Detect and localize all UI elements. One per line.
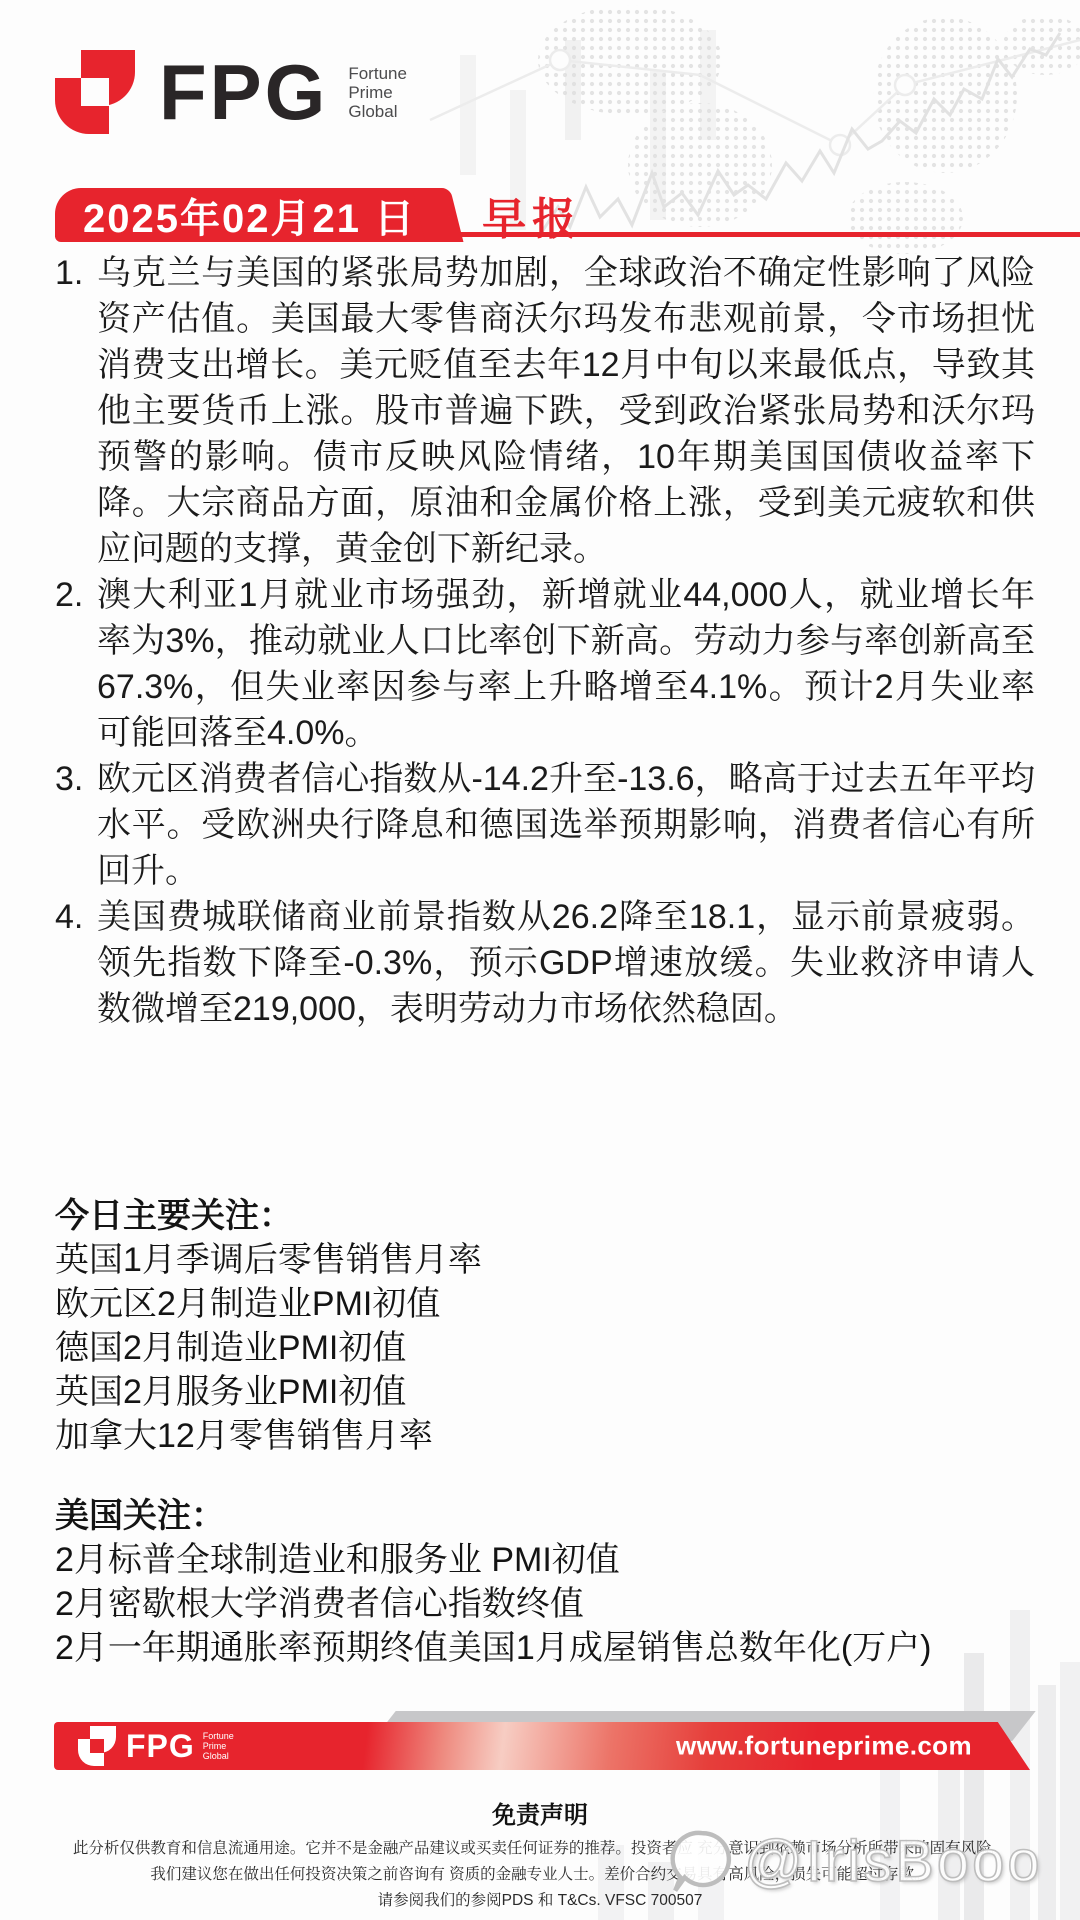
fpg-logo-tagline: Fortune Prime Global	[348, 64, 407, 121]
watermark-handle: @IrisBooo	[744, 1828, 1043, 1895]
tagline-line: Global	[203, 1751, 234, 1761]
us-focus-section: 美国关注： 2月标普全球制造业和服务业 PMI初值 2月密歇根大学消费者信心指数…	[55, 1494, 1035, 1670]
focus-item: 2月一年期通胀率预期终值美国1月成屋销售总数年化(万户)	[55, 1626, 1035, 1670]
fpg-logo-text: FPG	[159, 53, 328, 131]
focus-item: 英国2月服务业PMI初值	[55, 1370, 1035, 1414]
speech-bubble-icon	[666, 1824, 740, 1898]
website-url-link[interactable]: www.fortuneprime.com	[676, 1731, 972, 1762]
edition-label: 早报	[482, 183, 582, 247]
focus-item: 德国2月制造业PMI初值	[55, 1326, 1035, 1370]
focus-item: 英国1月季调后零售销售月率	[55, 1238, 1035, 1282]
focus-item: 2月标普全球制造业和服务业 PMI初值	[55, 1538, 1035, 1582]
focus-item: 加拿大12月零售销售月率	[55, 1414, 1035, 1458]
news-item: 1. 乌克兰与美国的紧张局势加剧，全球政治不确定性影响了风险资产估值。美国最大零…	[55, 250, 1035, 572]
focus-item: 欧元区2月制造业PMI初值	[55, 1282, 1035, 1326]
fpg-logo-mark-icon	[55, 50, 135, 134]
item-text: 乌克兰与美国的紧张局势加剧，全球政治不确定性影响了风险资产估值。美国最大零售商沃…	[97, 254, 1035, 568]
news-item: 4. 美国费城联储商业前景指数从26.2降至18.1，显示前景疲弱。领先指数下降…	[55, 894, 1035, 1032]
morning-report-page: FPG Fortune Prime Global 2025年02月21 日 早报…	[0, 0, 1080, 1920]
footer-red-bar: FPG Fortune Prime Global www.fortuneprim…	[54, 1722, 1030, 1770]
tagline-line: Prime	[348, 83, 407, 102]
news-item: 2. 澳大利亚1月就业市场强劲，新增就业44,000人，就业增长年率为3%，推动…	[55, 572, 1035, 756]
bg-bar	[1060, 1662, 1080, 1920]
us-focus-heading: 美国关注：	[55, 1494, 1035, 1538]
footer-logo-text: FPG	[126, 1730, 195, 1762]
footer-banner: FPG Fortune Prime Global www.fortuneprim…	[54, 1722, 1030, 1770]
report-date: 2025年02月21 日	[83, 187, 416, 244]
today-focus-section: 今日主要关注： 英国1月季调后零售销售月率 欧元区2月制造业PMI初值 德国2月…	[55, 1194, 1035, 1458]
tagline-line: Prime	[203, 1741, 234, 1751]
footer-fpg-logo: FPG Fortune Prime Global	[78, 1726, 234, 1766]
fpg-logo: FPG Fortune Prime Global	[55, 50, 407, 134]
item-text: 美国费城联储商业前景指数从26.2降至18.1，显示前景疲弱。领先指数下降至-0…	[97, 898, 1035, 1028]
news-briefing-list: 1. 乌克兰与美国的紧张局势加剧，全球政治不确定性影响了风险资产估值。美国最大零…	[55, 250, 1035, 1032]
item-number: 1.	[55, 250, 83, 296]
today-focus-heading: 今日主要关注：	[55, 1194, 1035, 1238]
date-banner-row: 2025年02月21 日 早报	[55, 183, 582, 247]
date-banner: 2025年02月21 日	[55, 188, 430, 242]
news-item: 3. 欧元区消费者信心指数从-14.2升至-13.6，略高于过去五年平均水平。受…	[55, 756, 1035, 894]
focus-item: 2月密歇根大学消费者信心指数终值	[55, 1582, 1035, 1626]
fpg-logo-mark-icon	[78, 1726, 116, 1766]
item-text: 欧元区消费者信心指数从-14.2升至-13.6，略高于过去五年平均水平。受欧洲央…	[97, 760, 1035, 890]
tagline-line: Fortune	[348, 64, 407, 83]
item-number: 4.	[55, 894, 83, 940]
item-text: 澳大利亚1月就业市场强劲，新增就业44,000人，就业增长年率为3%，推动就业人…	[97, 576, 1035, 752]
item-number: 2.	[55, 572, 83, 618]
tagline-line: Fortune	[203, 1731, 234, 1741]
social-watermark: @IrisBooo	[666, 1824, 1043, 1898]
item-number: 3.	[55, 756, 83, 802]
tagline-line: Global	[348, 102, 407, 121]
footer-logo-tagline: Fortune Prime Global	[203, 1731, 234, 1761]
